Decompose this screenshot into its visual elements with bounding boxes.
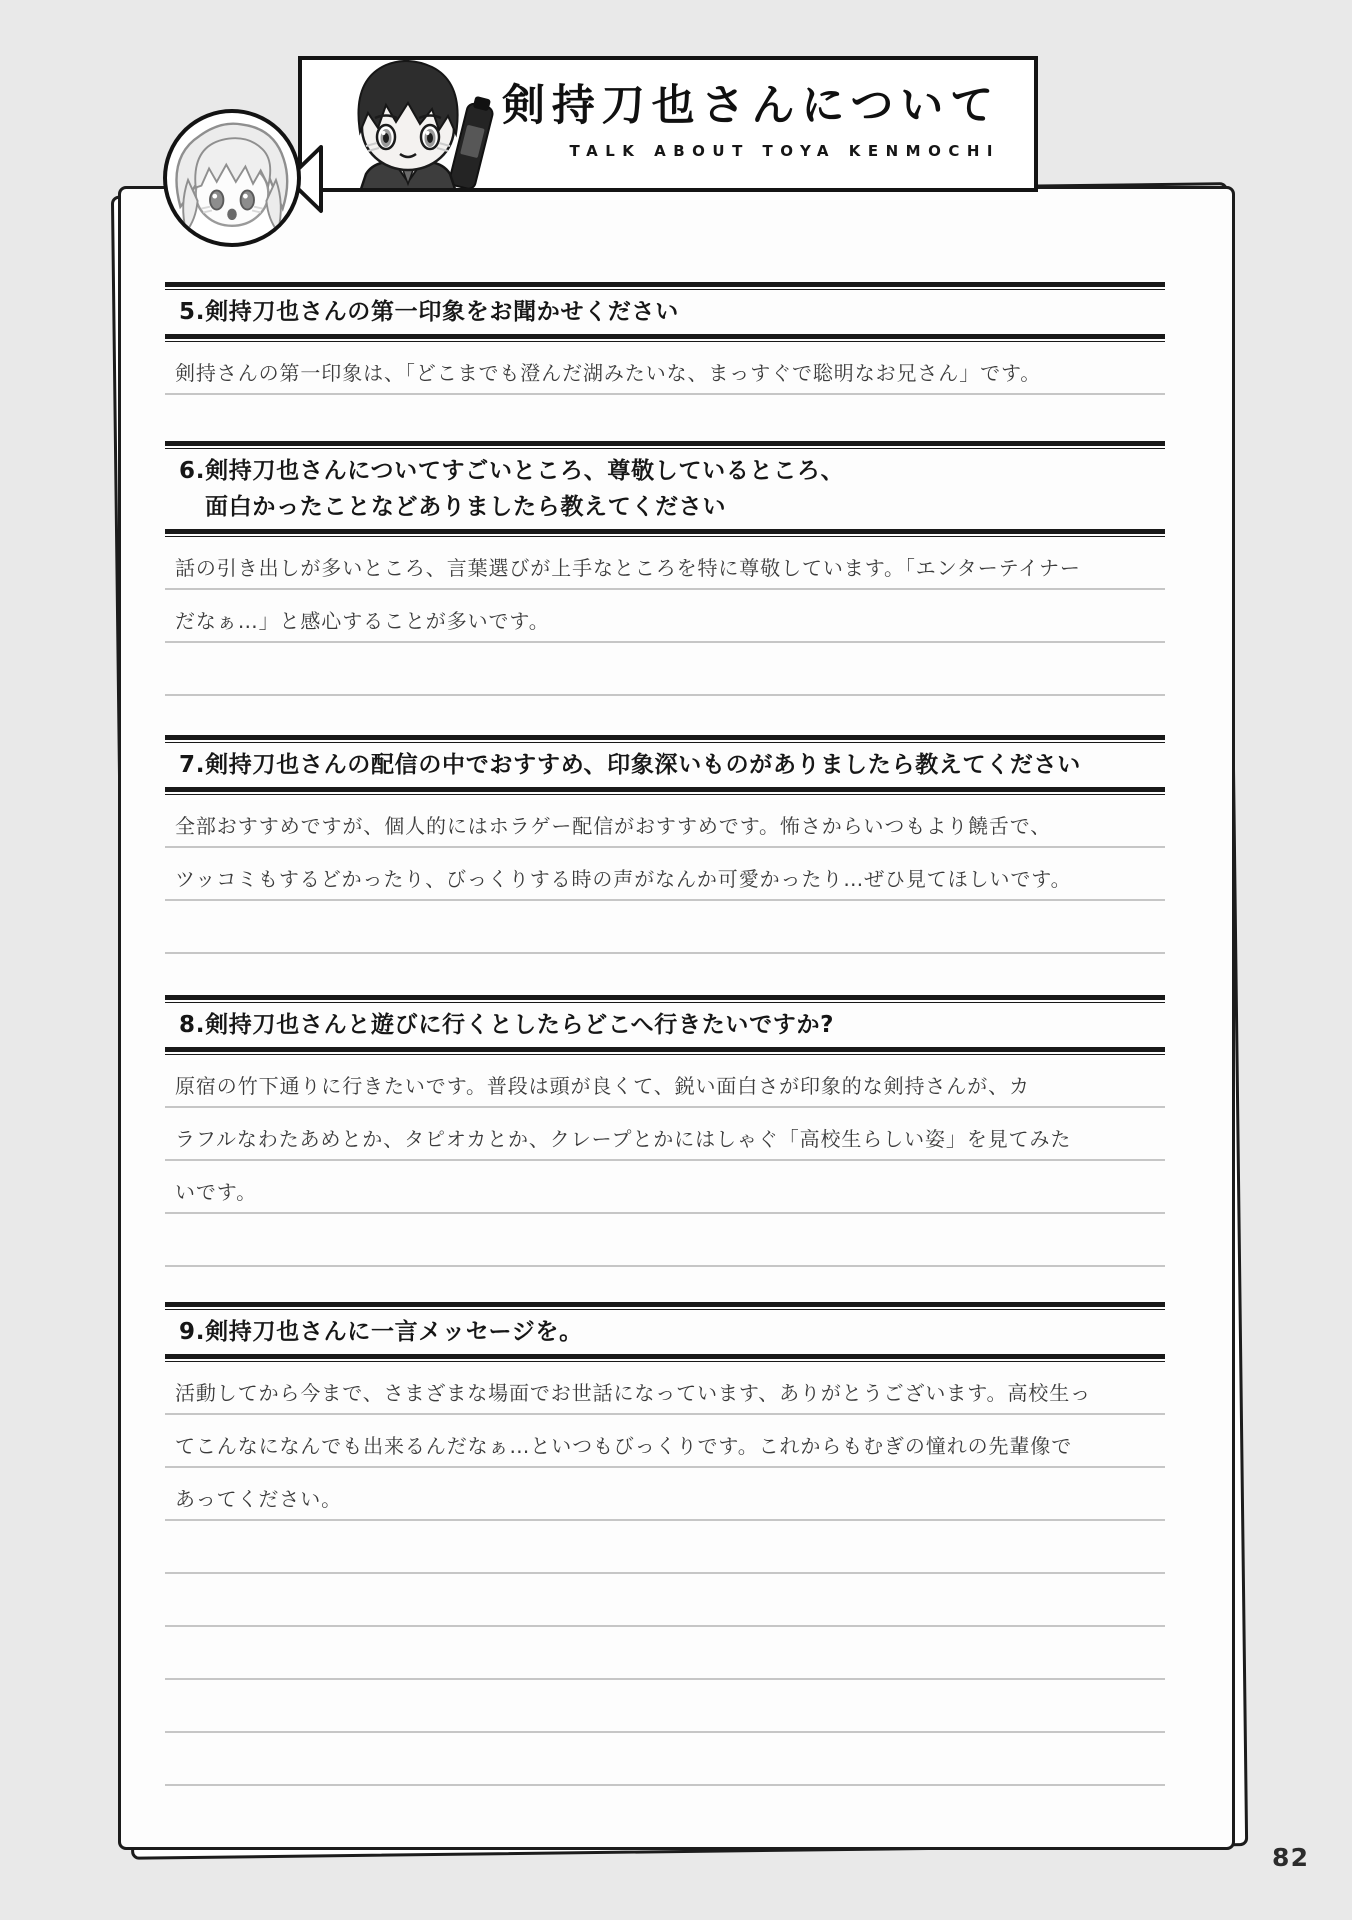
section-rule-top	[165, 282, 1165, 290]
answer-text: ラフルなわたあめとか、タピオカとか、クレープとかにはしゃぐ「高校生らしい姿」を見…	[175, 1123, 1071, 1152]
question-block-7: 7.剣持刀也さんの配信の中でおすすめ、印象深いものがありましたら教えてください …	[165, 735, 1165, 954]
ruled-line-empty	[165, 1574, 1165, 1627]
answer-line: あってください。	[165, 1468, 1165, 1521]
answer-text: てこんなになんでも出来るんだなぁ…といつもびっくりです。これからもむぎの憧れの先…	[175, 1430, 1072, 1459]
ruled-line-empty	[165, 901, 1165, 954]
question-block-8: 8.剣持刀也さんと遊びに行くとしたらどこへ行きたいですか? 原宿の竹下通りに行き…	[165, 995, 1165, 1267]
ruled-line-empty	[165, 643, 1165, 696]
answer-text: だなぁ…」と感心することが多いです。	[175, 605, 550, 634]
answer-text: 活動してから今まで、さまざまな場面でお世話になっています、ありがとうございます。…	[175, 1377, 1091, 1406]
question-text: 面白かったことなどありましたら教えてください	[179, 489, 1165, 525]
answer-line: だなぁ…」と感心することが多いです。	[165, 590, 1165, 643]
answer-text: いです。	[175, 1176, 257, 1205]
answer-line: いです。	[165, 1161, 1165, 1214]
ruled-line-empty	[165, 1733, 1165, 1786]
question-9: 9.剣持刀也さんに一言メッセージを。	[165, 1310, 1165, 1354]
answer-line: 剣持さんの第一印象は、「どこまでも澄んだ湖みたいな、まっすぐで聡明なお兄さん」で…	[165, 342, 1165, 395]
question-text: 6.剣持刀也さんについてすごいところ、尊敬しているところ、	[179, 453, 1165, 489]
page-title: 剣持刀也さんについて	[502, 82, 1000, 131]
answer-text: 原宿の竹下通りに行きたいです。普段は頭が良くて、鋭い面白さが印象的な剣持さんが、…	[175, 1070, 1030, 1099]
question-block-6: 6.剣持刀也さんについてすごいところ、尊敬しているところ、 面白かったことなどあ…	[165, 441, 1165, 696]
question-5: 5.剣持刀也さんの第一印象をお聞かせください	[165, 290, 1165, 334]
answer-line: 話の引き出しが多いところ、言葉選びが上手なところを特に尊敬しています。「エンター…	[165, 537, 1165, 590]
section-rule-bottom	[165, 334, 1165, 342]
section-rule-bottom	[165, 787, 1165, 795]
answer-text: 話の引き出しが多いところ、言葉選びが上手なところを特に尊敬しています。「エンター…	[175, 552, 1081, 581]
question-6: 6.剣持刀也さんについてすごいところ、尊敬しているところ、 面白かったことなどあ…	[165, 449, 1165, 529]
answer-line: 活動してから今まで、さまざまな場面でお世話になっています、ありがとうございます。…	[165, 1362, 1165, 1415]
answer-line: 原宿の竹下通りに行きたいです。普段は頭が良くて、鋭い面白さが印象的な剣持さんが、…	[165, 1055, 1165, 1108]
page-number: 82	[1272, 1843, 1309, 1872]
section-rule-top	[165, 441, 1165, 449]
answer-line: ラフルなわたあめとか、タピオカとか、クレープとかにはしゃぐ「高校生らしい姿」を見…	[165, 1108, 1165, 1161]
answer-line: 全部おすすめですが、個人的にはホラゲー配信がおすすめです。怖さからいつもより饒舌…	[165, 795, 1165, 848]
answer-text: あってください。	[175, 1483, 342, 1512]
header-banner: 剣持刀也さんについて TALK ABOUT TOYA KENMOCHI	[298, 56, 1038, 192]
question-block-5: 5.剣持刀也さんの第一印象をお聞かせください 剣持さんの第一印象は、「どこまでも…	[165, 282, 1165, 395]
ruled-line-empty	[165, 1627, 1165, 1680]
question-text: 8.剣持刀也さんと遊びに行くとしたらどこへ行きたいですか?	[179, 1007, 1165, 1043]
ruled-line-empty	[165, 1214, 1165, 1267]
section-rule-top	[165, 735, 1165, 743]
header-titles: 剣持刀也さんについて TALK ABOUT TOYA KENMOCHI	[502, 82, 1000, 160]
answer-line: ツッコミもするどかったり、びっくりする時の声がなんか可愛かったり…ぜひ見てほしい…	[165, 848, 1165, 901]
question-text: 9.剣持刀也さんに一言メッセージを。	[179, 1314, 1165, 1350]
kenmochi-toya-chibi-illustration-icon	[308, 56, 508, 192]
chibi-girl-face-avatar	[163, 109, 301, 247]
section-rule-bottom	[165, 529, 1165, 537]
answer-text: 全部おすすめですが、個人的にはホラゲー配信がおすすめです。怖さからいつもより饒舌…	[175, 810, 1051, 839]
section-rule-top	[165, 995, 1165, 1003]
magazine-page: 5.剣持刀也さんの第一印象をお聞かせください 剣持さんの第一印象は、「どこまでも…	[0, 0, 1352, 1920]
answer-text: 剣持さんの第一印象は、「どこまでも澄んだ湖みたいな、まっすぐで聡明なお兄さん」で…	[175, 357, 1041, 386]
section-rule-bottom	[165, 1047, 1165, 1055]
question-text: 5.剣持刀也さんの第一印象をお聞かせください	[179, 294, 1165, 330]
chibi-girl-face-icon	[167, 113, 297, 243]
ruled-line-empty	[165, 1680, 1165, 1733]
section-rule-bottom	[165, 1354, 1165, 1362]
question-7: 7.剣持刀也さんの配信の中でおすすめ、印象深いものがありましたら教えてください	[165, 743, 1165, 787]
section-rule-top	[165, 1302, 1165, 1310]
question-block-9: 9.剣持刀也さんに一言メッセージを。 活動してから今まで、さまざまな場面でお世話…	[165, 1302, 1165, 1786]
question-text: 7.剣持刀也さんの配信の中でおすすめ、印象深いものがありましたら教えてください	[179, 747, 1165, 783]
question-8: 8.剣持刀也さんと遊びに行くとしたらどこへ行きたいですか?	[165, 1003, 1165, 1047]
paper-sheet: 5.剣持刀也さんの第一印象をお聞かせください 剣持さんの第一印象は、「どこまでも…	[118, 186, 1235, 1850]
ruled-line-empty	[165, 1521, 1165, 1574]
answer-line: てこんなになんでも出来るんだなぁ…といつもびっくりです。これからもむぎの憧れの先…	[165, 1415, 1165, 1468]
page-subtitle: TALK ABOUT TOYA KENMOCHI	[502, 142, 1000, 160]
answer-text: ツッコミもするどかったり、びっくりする時の声がなんか可愛かったり…ぜひ見てほしい…	[175, 863, 1072, 892]
